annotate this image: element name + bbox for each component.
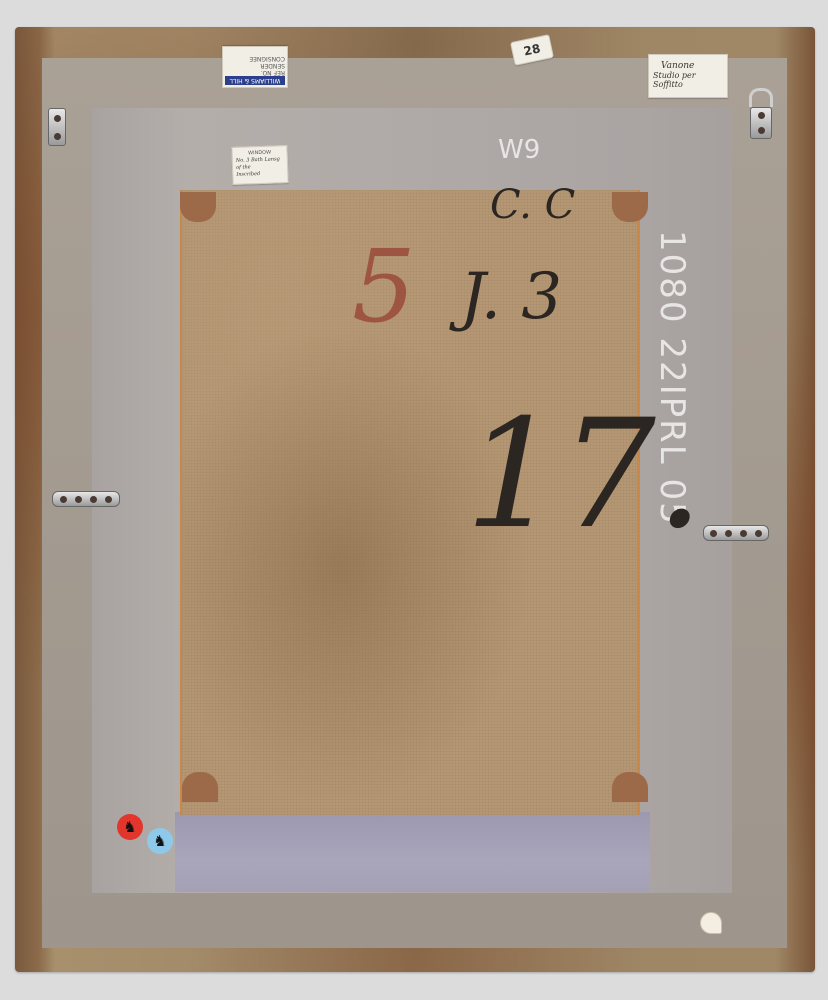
- corner-wedge: [612, 192, 648, 222]
- williams-hill-shipping-label: WILLIAMS & HILL REF NO. SENDER CONSIGNEE: [222, 46, 288, 88]
- corner-wedge: [182, 772, 218, 802]
- label-field: CONSIGNEE: [225, 55, 285, 62]
- red-chalk-inscription: 5: [352, 228, 416, 345]
- corner-wedge: [612, 772, 648, 802]
- red-knight-sticker: ♞: [117, 814, 143, 840]
- shell-fragment: [700, 912, 722, 934]
- d-ring-hanger: [750, 88, 772, 142]
- label-field: SENDER: [225, 62, 285, 69]
- corner-wedge: [180, 192, 216, 222]
- note-line-1: Vanone: [661, 61, 723, 71]
- stretcher-bottom-bar: [175, 812, 650, 892]
- blue-knight-sticker: ♞: [147, 828, 173, 854]
- collection-label-line: Inscribed: [236, 170, 284, 179]
- ink-inscription-large: 17.: [465, 400, 704, 550]
- mirror-plate-hardware: [48, 108, 66, 146]
- note-line-2: Studio per Soffitto: [653, 71, 723, 89]
- mending-plate-left: [52, 491, 120, 507]
- ink-inscription-top: C. C: [490, 182, 575, 228]
- handwritten-note-label: Vanone Studio per Soffitto: [648, 54, 728, 98]
- ink-inscription-middle: J. 3: [460, 260, 562, 334]
- label-field: REF NO.: [225, 69, 285, 76]
- collection-label: WINDOW No. 3 Bath Lansg of the Inscribed: [231, 145, 288, 185]
- mending-plate-right: [703, 525, 769, 541]
- label-brand: WILLIAMS & HILL: [225, 76, 285, 85]
- chalk-inscription-w9: W9: [498, 135, 540, 165]
